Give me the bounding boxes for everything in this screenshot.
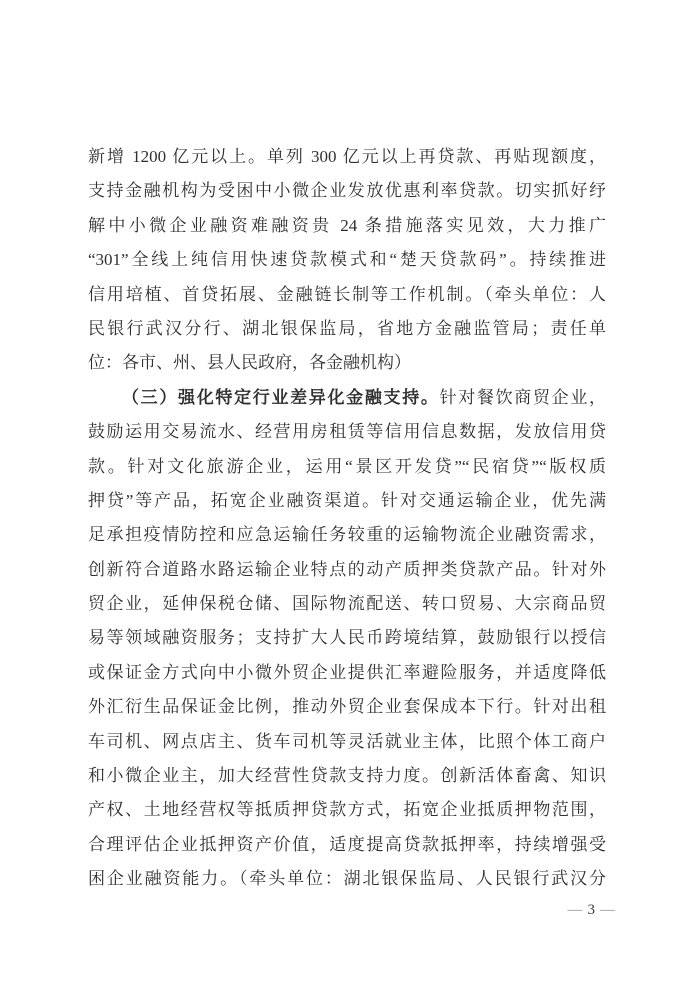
body-text: 外汇衍生品保证金比例，推动外贸企业套保成本下行。针对出租	[88, 697, 606, 716]
body-text: 支持金融机构为受困中小微企业发放优惠利率贷款。切实抓好纾	[88, 181, 606, 200]
text-line: 款。针对文化旅游企业，运用“景区开发贷”“民宿贷”“版权质	[88, 450, 606, 484]
text-line: 解中小微企业融资难融资贵 24 条措施落实见效，大力推广	[88, 209, 606, 243]
text-line: 鼓励运用交易流水、经营用房租赁等信用信息数据，发放信用贷	[88, 415, 606, 449]
body-text: 和小微企业主，加大经营性贷款支持力度。创新活体畜禽、知识	[88, 766, 606, 785]
body-text: 产权、土地经营权等抵质押贷款方式，拓宽企业抵质押物范围，	[88, 800, 606, 819]
text-line: 押贷”等产品，拓宽企业融资渠道。针对交通运输企业，优先满	[88, 484, 606, 518]
body-text: 位：各市、州、县人民政府，各金融机构）	[88, 353, 411, 372]
body-text: 车司机、网点店主、货车司机等灵活就业主体，比照个体工商户	[88, 732, 606, 751]
body-text: 针对餐饮商贸企业，	[440, 388, 606, 407]
text-line: 创新符合道路水路运输企业特点的动产质押类贷款产品。针对外	[88, 553, 606, 587]
text-line: 支持金融机构为受困中小微企业发放优惠利率贷款。切实抓好纾	[88, 174, 606, 208]
text-line: 民银行武汉分行、湖北银保监局，省地方金融监管局；责任单	[88, 312, 606, 346]
body-text: 信用培植、首贷拓展、金融链长制等工作机制。（牵头单位：人	[88, 285, 606, 304]
text-line: 新增 1200 亿元以上。单列 300 亿元以上再贷款、再贴现额度，	[88, 140, 606, 174]
body-text: 创新符合道路水路运输企业特点的动产质押类贷款产品。针对外	[88, 560, 606, 579]
text-line: 外汇衍生品保证金比例，推动外贸企业套保成本下行。针对出租	[88, 690, 606, 724]
page-number-dash-right: —	[600, 902, 618, 918]
document-page: 新增 1200 亿元以上。单列 300 亿元以上再贷款、再贴现额度，支持金融机构…	[0, 0, 700, 990]
body-text: “301”全线上纯信用快速贷款模式和“楚天贷款码”。持续推进	[88, 250, 606, 269]
text-line: 贸企业，延伸保税仓储、国际物流配送、转口贸易、大宗商品贸	[88, 587, 606, 621]
text-line: 信用培植、首贷拓展、金融链长制等工作机制。（牵头单位：人	[88, 278, 606, 312]
text-line: 足承担疫情防控和应急运输任务较重的运输物流企业融资需求，	[88, 518, 606, 552]
body-text: 新增 1200 亿元以上。单列 300 亿元以上再贷款、再贴现额度，	[88, 147, 606, 166]
text-line: 困企业融资能力。（牵头单位：湖北银保监局、人民银行武汉分	[88, 862, 606, 896]
text-line: 位：各市、州、县人民政府，各金融机构）	[88, 346, 606, 380]
text-line: 和小微企业主，加大经营性贷款支持力度。创新活体畜禽、知识	[88, 759, 606, 793]
body-text: 困企业融资能力。（牵头单位：湖北银保监局、人民银行武汉分	[88, 869, 606, 888]
body-text: 鼓励运用交易流水、经营用房租赁等信用信息数据，发放信用贷	[88, 422, 606, 441]
text-line: 或保证金方式向中小微外贸企业提供汇率避险服务，并适度降低	[88, 656, 606, 690]
body-text: 或保证金方式向中小微外贸企业提供汇率避险服务，并适度降低	[88, 663, 606, 682]
text-line: 产权、土地经营权等抵质押贷款方式，拓宽企业抵质押物范围，	[88, 793, 606, 827]
text-line: （三）强化特定行业差异化金融支持。针对餐饮商贸企业，	[88, 381, 606, 415]
document-body: 新增 1200 亿元以上。单列 300 亿元以上再贷款、再贴现额度，支持金融机构…	[88, 140, 606, 897]
text-line: 合理评估企业抵押资产价值，适度提高贷款抵押率，持续增强受	[88, 828, 606, 862]
text-line: “301”全线上纯信用快速贷款模式和“楚天贷款码”。持续推进	[88, 243, 606, 277]
page-number: —3—	[568, 899, 619, 921]
page-number-dash-left: —	[568, 902, 586, 918]
section-heading-text: （三）强化特定行业差异化金融支持。	[122, 388, 440, 407]
body-text: 押贷”等产品，拓宽企业融资渠道。针对交通运输企业，优先满	[88, 491, 606, 510]
text-line: 车司机、网点店主、货车司机等灵活就业主体，比照个体工商户	[88, 725, 606, 759]
text-line: 易等领域融资服务；支持扩大人民币跨境结算，鼓励银行以授信	[88, 621, 606, 655]
page-number-value: 3	[586, 902, 601, 918]
body-text: 解中小微企业融资难融资贵 24 条措施落实见效，大力推广	[88, 216, 606, 235]
body-text: 足承担疫情防控和应急运输任务较重的运输物流企业融资需求，	[88, 525, 606, 544]
body-text: 民银行武汉分行、湖北银保监局，省地方金融监管局；责任单	[88, 319, 606, 338]
body-text: 合理评估企业抵押资产价值，适度提高贷款抵押率，持续增强受	[88, 835, 606, 854]
body-text: 贸企业，延伸保税仓储、国际物流配送、转口贸易、大宗商品贸	[88, 594, 606, 613]
body-text: 款。针对文化旅游企业，运用“景区开发贷”“民宿贷”“版权质	[88, 457, 606, 476]
body-text: 易等领域融资服务；支持扩大人民币跨境结算，鼓励银行以授信	[88, 628, 606, 647]
